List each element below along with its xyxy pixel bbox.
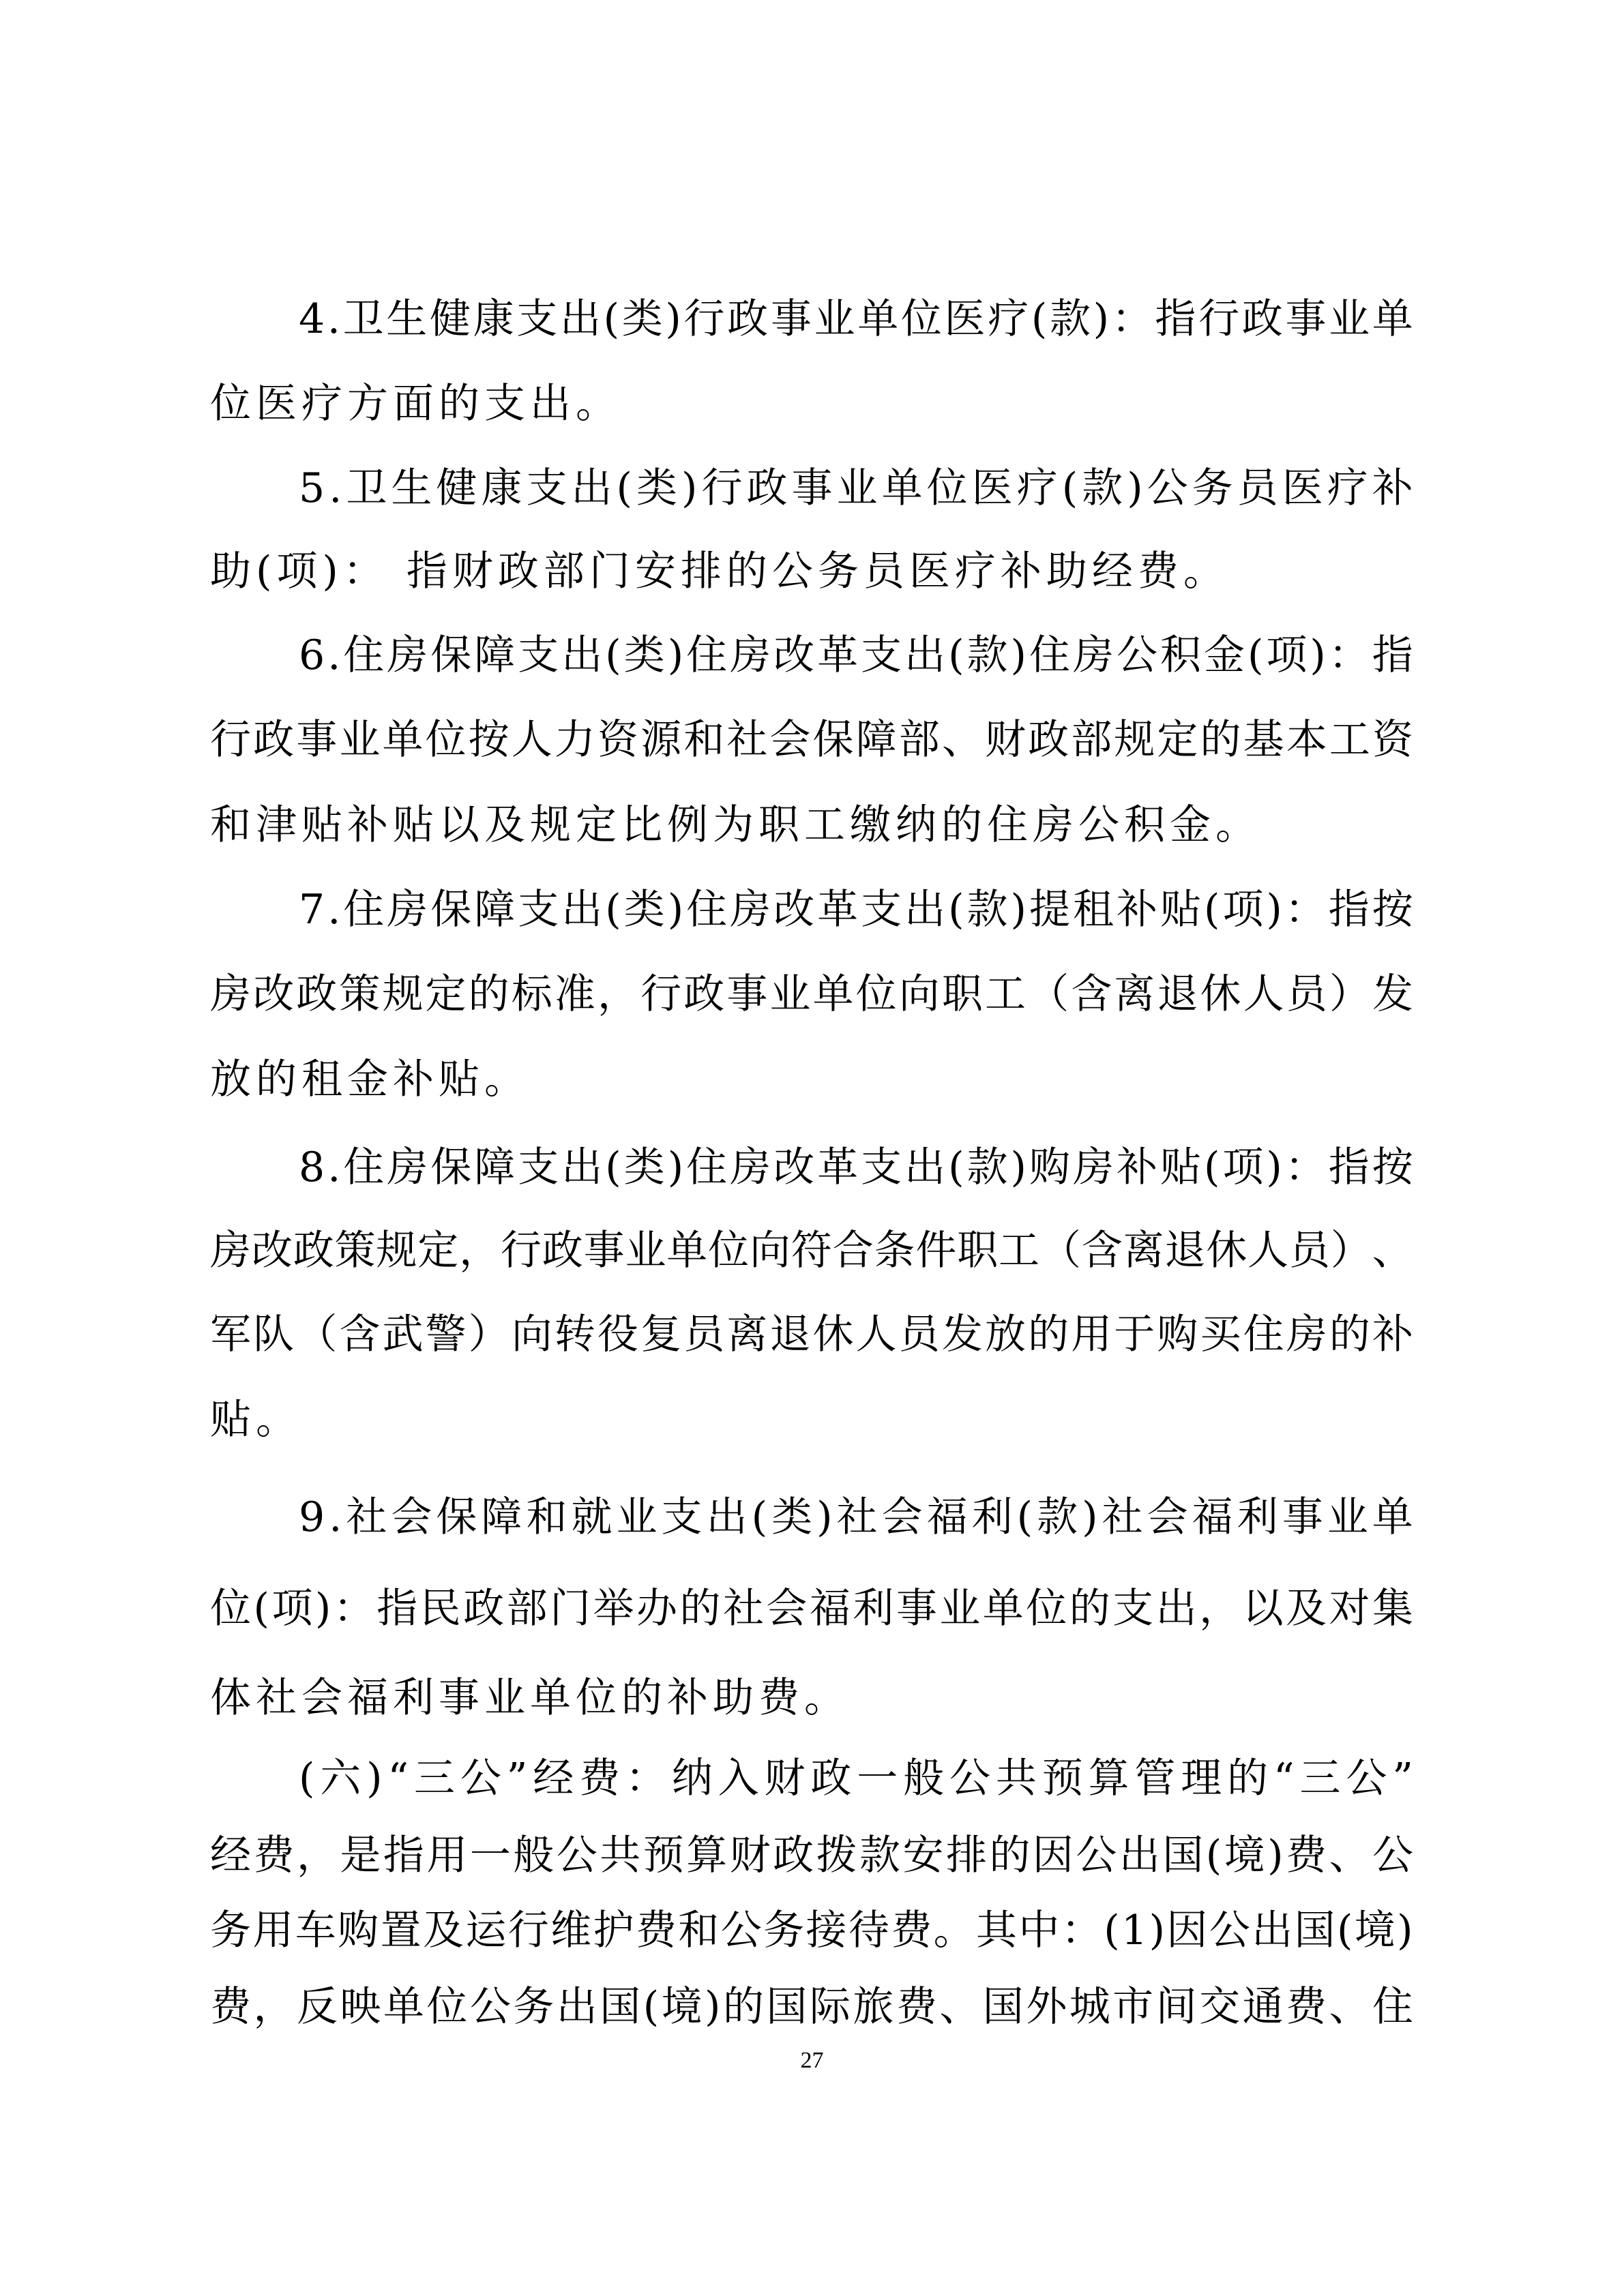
section-6-line-2: 经费，是指用一般公共预算财政拨款安排的因公出国(境)费、公 xyxy=(210,1828,1413,1883)
item-5-line-1: 5.卫生健康支出(类)行政事业单位医疗(款)公务员医疗补 xyxy=(299,461,1413,516)
item-8-line-4: 贴。 xyxy=(210,1392,1413,1447)
item-7-line-2: 房改政策规定的标准，行政事业单位向职工（含离退休人员）发 xyxy=(210,967,1413,1022)
page-number: 27 xyxy=(0,2047,1624,2074)
item-8-line-2: 房改政策规定，行政事业单位向符合条件职工（含离退休人员）、 xyxy=(210,1223,1413,1278)
item-9-line-2: 位(项)：指民政部门举办的社会福利事业单位的支出，以及对集 xyxy=(210,1581,1413,1636)
item-6-line-3: 和津贴补贴以及规定比例为职工缴纳的住房公积金。 xyxy=(210,798,1413,852)
item-4-line-2: 位医疗方面的支出。 xyxy=(210,376,1413,431)
section-6-line-3: 务用车购置及运行维护费和公务接待费。其中：(1)因公出国(境) xyxy=(210,1903,1413,1958)
item-5-line-2: 助(项)： 指财政部门安排的公务员医疗补助经费。 xyxy=(210,544,1413,599)
item-9-line-3: 体社会福利事业单位的补助费。 xyxy=(210,1671,1413,1725)
item-6-line-2: 行政事业单位按人力资源和社会保障部、财政部规定的基本工资 xyxy=(210,713,1413,767)
item-6-line-1: 6.住房保障支出(类)住房改革支出(款)住房公积金(项)：指 xyxy=(299,628,1413,683)
item-8-line-1: 8.住房保障支出(类)住房改革支出(款)购房补贴(项)：指按 xyxy=(299,1140,1413,1195)
item-4-line-1: 4.卫生健康支出(类)行政事业单位医疗(款)：指行政事业单 xyxy=(299,292,1413,346)
item-8-line-3: 军队（含武警）向转役复员离退休人员发放的用于购买住房的补 xyxy=(210,1307,1413,1362)
section-6-line-1: (六)“三公”经费：纳入财政一般公共预算管理的“三公” xyxy=(299,1751,1413,1806)
section-6-line-4: 费，反映单位公务出国(境)的国际旅费、国外城市间交通费、住 xyxy=(210,1980,1413,2034)
item-9-line-1: 9.社会保障和就业支出(类)社会福利(款)社会福利事业单 xyxy=(299,1490,1413,1545)
document-page: 4.卫生健康支出(类)行政事业单位医疗(款)：指行政事业单 位医疗方面的支出。 … xyxy=(0,0,1624,2296)
item-7-line-1: 7.住房保障支出(类)住房改革支出(款)提租补贴(项)：指按 xyxy=(299,882,1413,937)
item-7-line-3: 放的租金补贴。 xyxy=(210,1052,1413,1107)
